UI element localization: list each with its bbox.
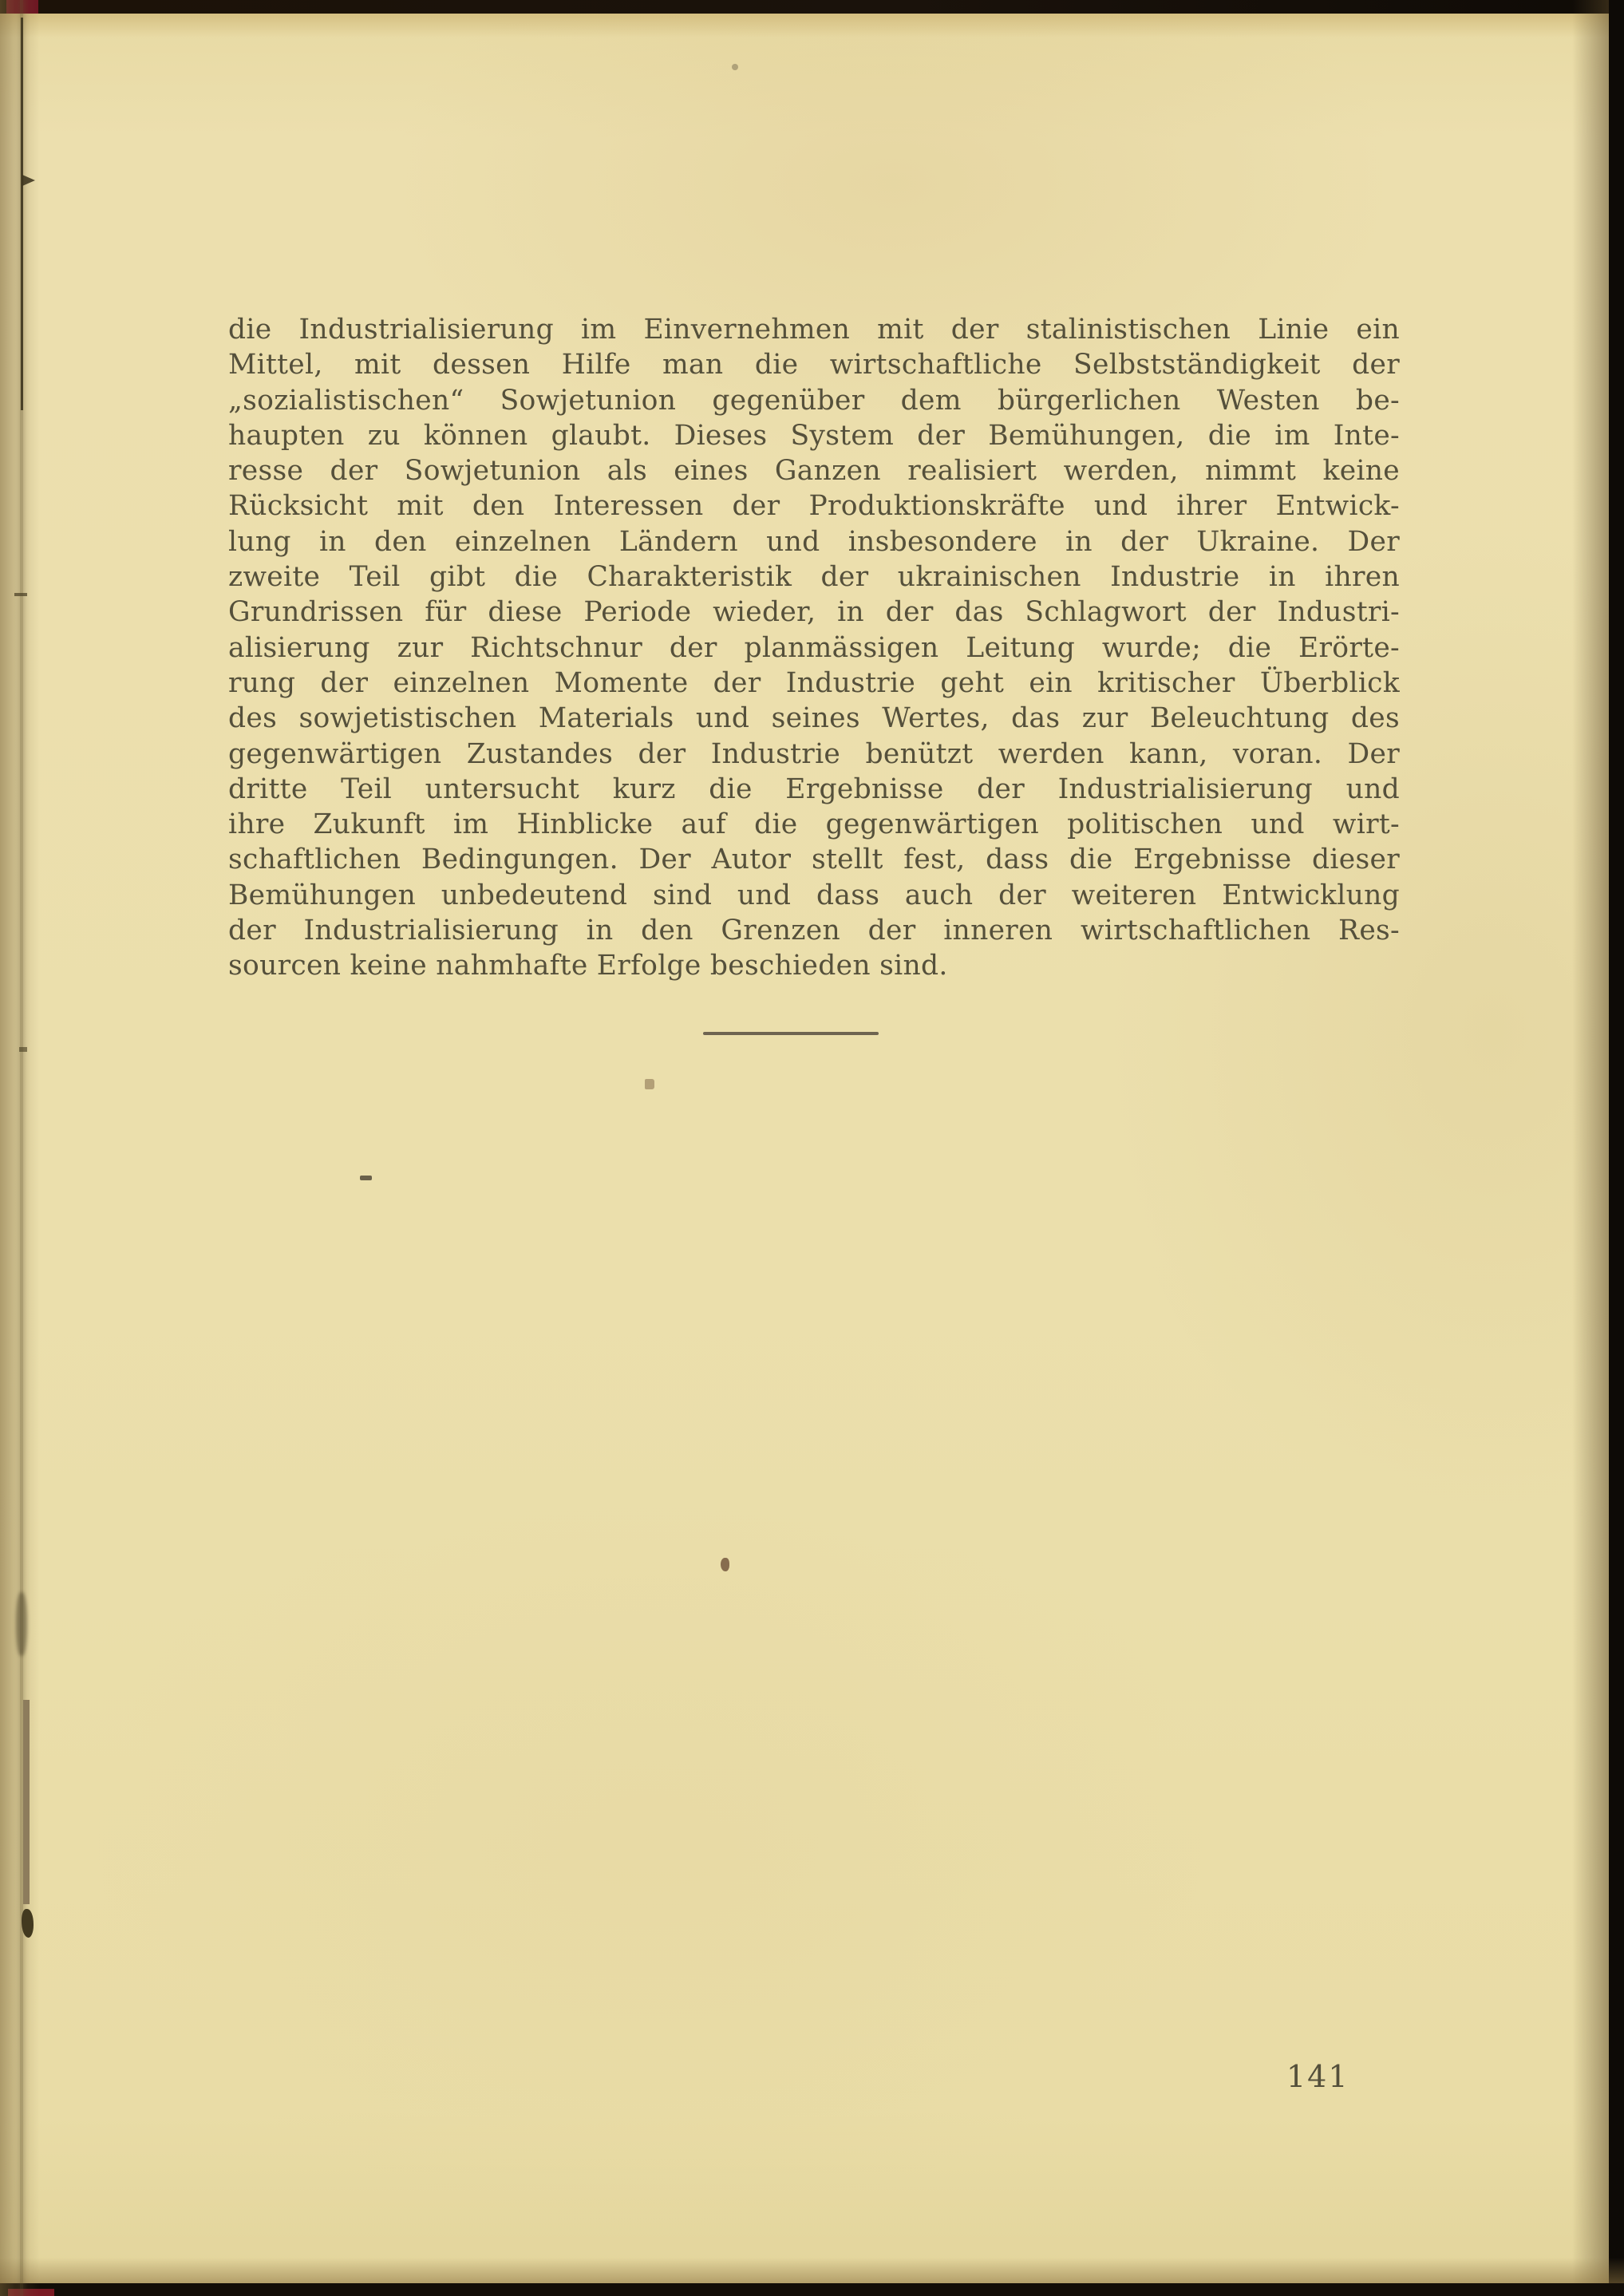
text-line: schaftlichen Bedingungen. Der Autor stel… [228,842,1400,877]
right-edge-shadow [1572,0,1609,2296]
text-line: ihre Zukunft im Hinblicke auf die gegenw… [228,807,1400,842]
scan-speck-dash [360,1176,372,1180]
text-line: sourcen keine nahmhafte Erfolge beschied… [228,948,1400,983]
gutter-tick-mark [14,593,27,596]
page-number: 141 [1286,2059,1349,2094]
text-line: dritte Teil untersucht kurz die Ergebnis… [228,772,1400,807]
text-line: haupten zu können glaubt. Dieses System … [228,418,1400,453]
scan-speck-square [645,1079,654,1089]
gutter-smudge-mark [16,1592,27,1656]
text-line: die Industrialisierung im Einvernehmen m… [228,312,1400,347]
gutter-arrow-mark [22,175,35,186]
text-line: Mittel, mit dessen Hilfe man die wirtsch… [228,347,1400,382]
scan-speck-comma [721,1558,729,1571]
scan-speck-dot [732,64,738,70]
text-line: „sozialistischen“ Sowjetunion gegenüber … [228,383,1400,418]
text-line: rung der einzelnen Momente der Industrie… [228,666,1400,701]
text-line: alisierung zur Richtschnur der planmässi… [228,630,1400,666]
gutter-ink-blob [22,1909,34,1938]
right-binding-bar [1609,0,1624,2296]
text-line: Bemühungen unbedeutend sind und dass auc… [228,878,1400,913]
text-line: gegenwärtigen Zustandes der Industrie be… [228,737,1400,772]
text-line: Rücksicht mit den Interessen der Produkt… [228,488,1400,524]
text-line: lung in den einzelnen Ländern und insbes… [228,524,1400,559]
top-edge-shadow [0,14,1624,38]
top-binding-bar [0,0,1624,14]
section-divider-rule [703,1032,879,1035]
scanned-book-page: die Industrialisierung im Einvernehmen m… [0,0,1624,2296]
text-line: des sowjetistischen Materials und seines… [228,701,1400,736]
gutter-scratch-line-bottom [23,1700,30,1904]
text-line: der Industrialisierung in den Grenzen de… [228,913,1400,948]
bottom-binding-bar [0,2283,1624,2296]
body-text-paragraph: die Industrialisierung im Einvernehmen m… [228,312,1400,984]
text-line: Grundrissen für diese Periode wieder, in… [228,595,1400,630]
bottom-edge-shadow [0,2258,1624,2283]
gutter-scratch-line-top [21,18,23,410]
text-line: zweite Teil gibt die Charakteristik der … [228,559,1400,595]
text-line: resse der Sowjetunion als eines Ganzen r… [228,453,1400,488]
gutter-blip-mark [19,1047,27,1052]
